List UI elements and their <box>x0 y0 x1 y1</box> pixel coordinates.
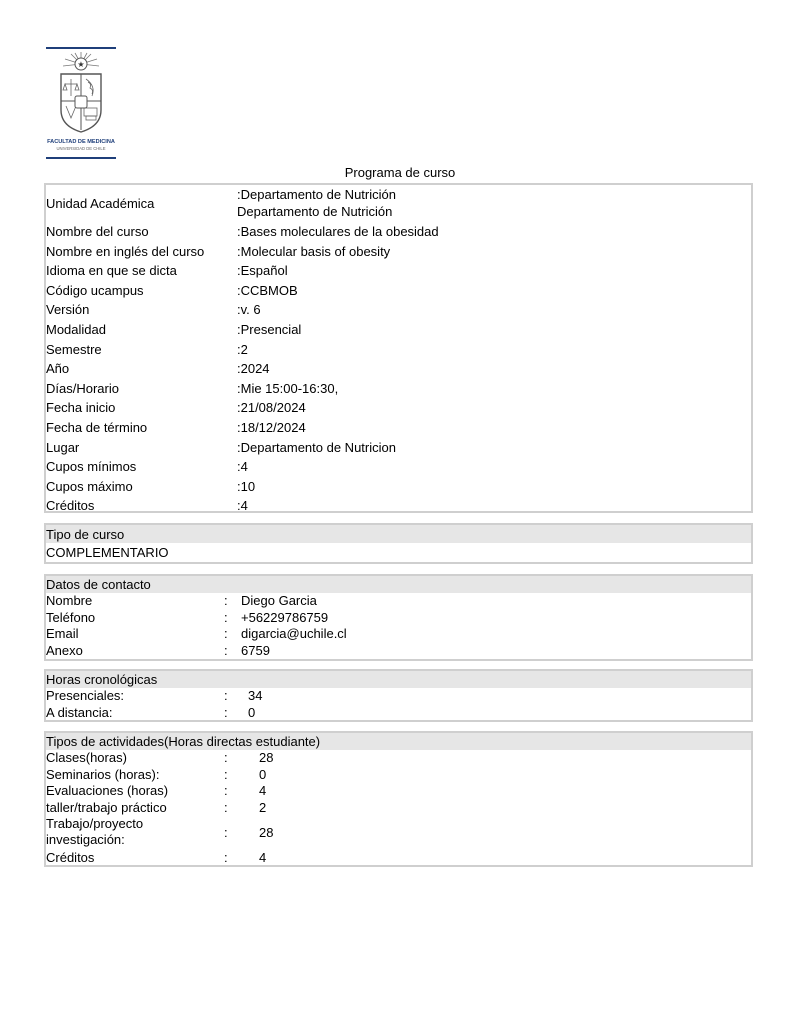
info-label: Año <box>46 359 237 379</box>
info-value: :Mie 15:00-16:30, <box>237 379 338 399</box>
info-value: :v. 6 <box>237 300 261 320</box>
activity-types-section: Tipos de actividades(Horas directas estu… <box>44 731 753 867</box>
section-header: Datos de contacto <box>46 576 751 593</box>
contact-label: Anexo <box>46 643 224 660</box>
info-row: Versión :v. 6 <box>46 300 751 320</box>
course-info-table: Unidad Académica :Departamento de Nutric… <box>44 183 753 513</box>
contact-row: Nombre : Diego Garcia <box>46 593 751 610</box>
contact-value: Diego Garcia <box>241 593 317 610</box>
info-row: Cupos máximo :10 <box>46 477 751 497</box>
activity-row: Evaluaciones (horas) : 4 <box>46 783 751 800</box>
contact-row: Email : digarcia@uchile.cl <box>46 626 751 643</box>
activity-row: Trabajo/proyecto investigación: : 28 <box>46 816 751 850</box>
info-row: Cupos mínimos :4 <box>46 457 751 477</box>
info-value: :Español <box>237 261 288 281</box>
contact-label: Email <box>46 626 224 643</box>
section-header: Tipos de actividades(Horas directas estu… <box>46 733 751 750</box>
separator: : <box>224 626 241 643</box>
info-row: Fecha inicio :21/08/2024 <box>46 398 751 418</box>
info-label: Modalidad <box>46 320 237 340</box>
svg-text:★: ★ <box>77 60 84 69</box>
activity-label: taller/trabajo práctico <box>46 800 224 817</box>
info-label: Cupos mínimos <box>46 457 237 477</box>
activity-value: 28 <box>259 816 273 850</box>
info-value: :Departamento de Nutrición Departamento … <box>237 186 396 222</box>
info-row: Año :2024 <box>46 359 751 379</box>
info-row: Nombre del curso :Bases moleculares de l… <box>46 222 751 242</box>
activity-value: 0 <box>259 767 266 784</box>
info-label: Fecha de término <box>46 418 237 438</box>
activity-value: 4 <box>259 850 266 867</box>
separator: : <box>224 850 259 867</box>
info-value: :CCBMOB <box>237 281 298 301</box>
separator: : <box>224 783 259 800</box>
info-value: :Presencial <box>237 320 301 340</box>
info-row: Modalidad :Presencial <box>46 320 751 340</box>
university-crest-icon: ★ FACULTAD DE MEDICINA UNIVERSIDAD DE CH… <box>44 46 118 160</box>
contact-email: digarcia@uchile.cl <box>241 626 347 643</box>
activity-row: Clases(horas) : 28 <box>46 750 751 767</box>
separator: : <box>224 705 248 722</box>
hours-value: 34 <box>248 688 262 705</box>
activity-value: 4 <box>259 783 266 800</box>
info-label: Lugar <box>46 438 237 458</box>
separator: : <box>224 800 259 817</box>
info-value: :Molecular basis of obesity <box>237 242 390 262</box>
separator: : <box>224 688 248 705</box>
info-row: Días/Horario :Mie 15:00-16:30, <box>46 379 751 399</box>
contact-row: Anexo : 6759 <box>46 643 751 660</box>
section-header: Horas cronológicas <box>46 671 751 688</box>
contact-label: Nombre <box>46 593 224 610</box>
activity-label: Clases(horas) <box>46 750 224 767</box>
hours-label: Presenciales: <box>46 688 224 705</box>
info-label: Idioma en que se dicta <box>46 261 237 281</box>
info-label: Créditos <box>46 496 237 516</box>
section-header: Tipo de curso <box>46 525 751 543</box>
hours-value: 0 <box>248 705 255 722</box>
hours-label: A distancia: <box>46 705 224 722</box>
info-value: :2024 <box>237 359 270 379</box>
activity-label: Trabajo/proyecto investigación: <box>46 816 224 850</box>
info-label: Unidad Académica <box>46 186 237 222</box>
info-value: :2 <box>237 340 248 360</box>
info-row: Lugar :Departamento de Nutricion <box>46 438 751 458</box>
info-label: Fecha inicio <box>46 398 237 418</box>
separator: : <box>224 816 259 850</box>
info-label: Nombre en inglés del curso <box>46 242 237 262</box>
contact-value: 6759 <box>241 643 270 660</box>
activity-row: Seminarios (horas): : 0 <box>46 767 751 784</box>
course-type-section: Tipo de curso COMPLEMENTARIO <box>44 523 753 564</box>
info-value: :Bases moleculares de la obesidad <box>237 222 439 242</box>
document-title: Programa de curso <box>0 164 800 182</box>
info-value: :Departamento de Nutricion <box>237 438 396 458</box>
info-label: Semestre <box>46 340 237 360</box>
info-value: :4 <box>237 457 248 477</box>
separator: : <box>224 767 259 784</box>
activity-value: 28 <box>259 750 273 767</box>
chronological-hours-section: Horas cronológicas Presenciales: : 34 A … <box>44 669 753 722</box>
info-row: Idioma en que se dicta :Español <box>46 261 751 281</box>
info-row: Nombre en inglés del curso :Molecular ba… <box>46 242 751 262</box>
separator: : <box>224 643 241 660</box>
info-value: :18/12/2024 <box>237 418 306 438</box>
info-value: :21/08/2024 <box>237 398 306 418</box>
activity-label: Créditos <box>46 850 224 867</box>
separator: : <box>224 593 241 610</box>
info-label: Días/Horario <box>46 379 237 399</box>
contact-label: Teléfono <box>46 610 224 627</box>
activity-row: taller/trabajo práctico : 2 <box>46 800 751 817</box>
separator: : <box>224 750 259 767</box>
svg-text:FACULTAD DE MEDICINA: FACULTAD DE MEDICINA <box>47 139 115 145</box>
info-row: Semestre :2 <box>46 340 751 360</box>
contact-value: +56229786759 <box>241 610 328 627</box>
info-value-line1: :Departamento de Nutrición <box>237 186 396 203</box>
info-label: Versión <box>46 300 237 320</box>
course-type-value: COMPLEMENTARIO <box>46 543 751 563</box>
activity-label: Evaluaciones (horas) <box>46 783 224 800</box>
faculty-logo: ★ FACULTAD DE MEDICINA UNIVERSIDAD DE CH… <box>44 46 118 160</box>
info-value: :10 <box>237 477 255 497</box>
activity-row: Créditos : 4 <box>46 850 751 867</box>
info-row: Fecha de término :18/12/2024 <box>46 418 751 438</box>
hours-row: Presenciales: : 34 <box>46 688 751 705</box>
info-value: :4 <box>237 496 248 516</box>
activity-value: 2 <box>259 800 266 817</box>
info-label: Cupos máximo <box>46 477 237 497</box>
contact-section: Datos de contacto Nombre : Diego Garcia … <box>44 574 753 661</box>
separator: : <box>224 610 241 627</box>
svg-text:UNIVERSIDAD DE CHILE: UNIVERSIDAD DE CHILE <box>56 146 105 151</box>
info-row: Créditos :4 <box>46 496 751 516</box>
contact-row: Teléfono : +56229786759 <box>46 610 751 627</box>
info-label: Código ucampus <box>46 281 237 301</box>
info-value-line2: Departamento de Nutrición <box>237 203 396 220</box>
activity-label: Seminarios (horas): <box>46 767 224 784</box>
info-row-unidad: Unidad Académica :Departamento de Nutric… <box>46 186 751 222</box>
hours-row: A distancia: : 0 <box>46 705 751 722</box>
info-label: Nombre del curso <box>46 222 237 242</box>
info-row: Código ucampus :CCBMOB <box>46 281 751 301</box>
